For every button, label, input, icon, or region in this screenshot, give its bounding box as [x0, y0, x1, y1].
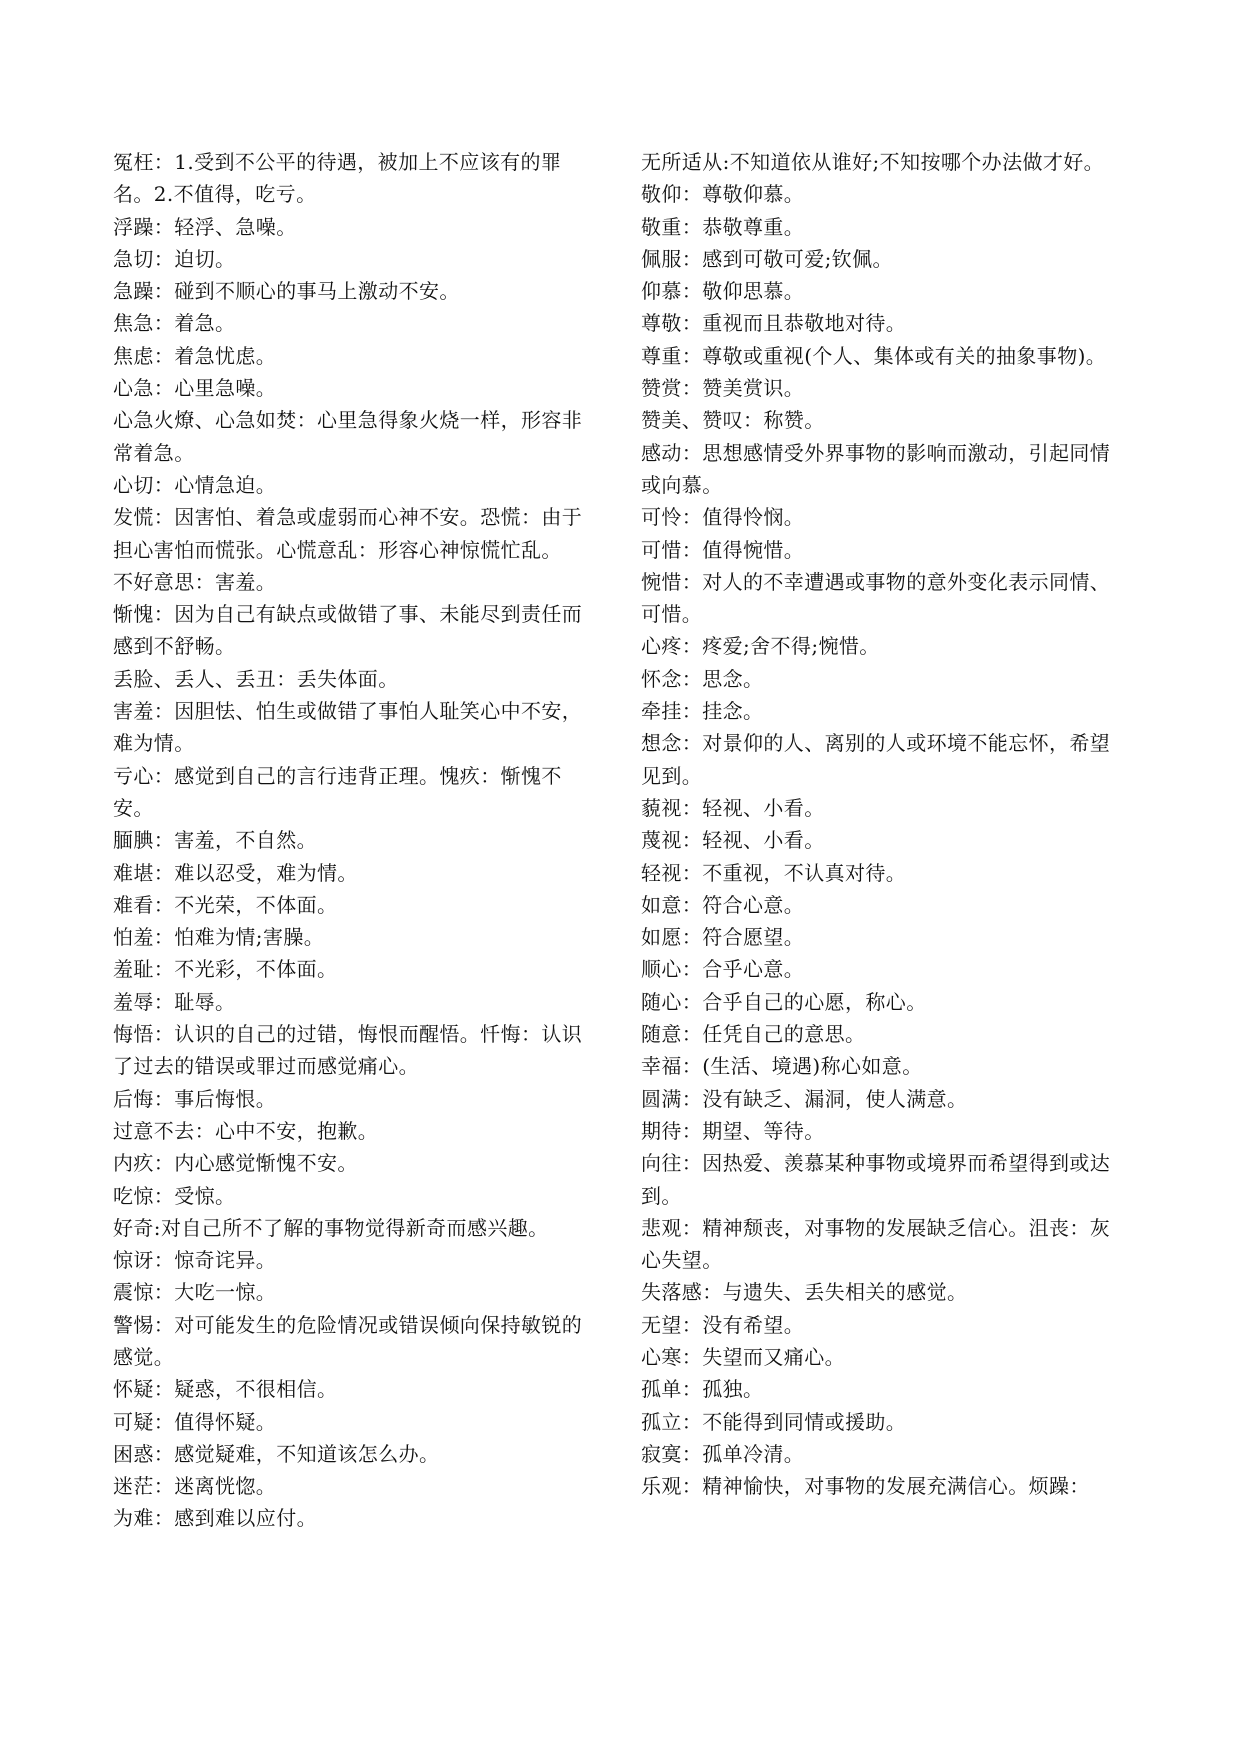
vocabulary-entry: 尊敬：重视而且恭敬地对待。 — [641, 307, 1129, 339]
vocabulary-entry: 急切：迫切。 — [113, 243, 601, 275]
vocabulary-entry: 警惕：对可能发生的危险情况或错误倾向保持敏锐的感觉。 — [113, 1309, 601, 1374]
right-column: 无所适从:不知道依从谁好;不知按哪个办法做才好。敬仰：尊敬仰慕。敬重：恭敬尊重。… — [641, 146, 1129, 1502]
vocabulary-entry: 为难：感到难以应付。 — [113, 1502, 601, 1534]
vocabulary-entry: 心寒：失望而又痛心。 — [641, 1341, 1129, 1373]
vocabulary-entry: 随意：任凭自己的意思。 — [641, 1018, 1129, 1050]
vocabulary-entry: 怀念：思念。 — [641, 663, 1129, 695]
vocabulary-entry: 无望：没有希望。 — [641, 1309, 1129, 1341]
vocabulary-entry: 惭愧：因为自己有缺点或做错了事、未能尽到责任而感到不舒畅。 — [113, 598, 601, 663]
vocabulary-entry: 迷茫：迷离恍惚。 — [113, 1470, 601, 1502]
vocabulary-entry: 佩服：感到可敬可爱;钦佩。 — [641, 243, 1129, 275]
vocabulary-entry: 悔悟：认识的自己的过错，悔恨而醒悟。忏悔：认识了过去的错误或罪过而感觉痛心。 — [113, 1018, 601, 1083]
vocabulary-entry: 怀疑：疑惑，不很相信。 — [113, 1373, 601, 1405]
vocabulary-entry: 想念：对景仰的人、离别的人或环境不能忘怀，希望见到。 — [641, 727, 1129, 792]
left-column: 冤枉：1.受到不公平的待遇，被加上不应该有的罪名。2.不值得，吃亏。浮躁：轻浮、… — [113, 146, 601, 1535]
vocabulary-entry: 后悔：事后悔恨。 — [113, 1083, 601, 1115]
vocabulary-entry: 羞辱：耻辱。 — [113, 986, 601, 1018]
vocabulary-entry: 急躁：碰到不顺心的事马上激动不安。 — [113, 275, 601, 307]
vocabulary-entry: 不好意思：害羞。 — [113, 566, 601, 598]
vocabulary-entry: 孤立：不能得到同情或援助。 — [641, 1406, 1129, 1438]
vocabulary-entry: 心急：心里急噪。 — [113, 372, 601, 404]
vocabulary-entry: 悲观：精神颓丧，对事物的发展缺乏信心。沮丧：灰心失望。 — [641, 1212, 1129, 1277]
vocabulary-entry: 寂寞：孤单冷清。 — [641, 1438, 1129, 1470]
vocabulary-entry: 亏心：感觉到自己的言行违背正理。愧疚：惭愧不安。 — [113, 760, 601, 825]
vocabulary-entry: 难看：不光荣，不体面。 — [113, 889, 601, 921]
vocabulary-entry: 心疼：疼爱;舍不得;惋惜。 — [641, 630, 1129, 662]
vocabulary-entry: 随心：合乎自己的心愿，称心。 — [641, 986, 1129, 1018]
vocabulary-entry: 可怜：值得怜悯。 — [641, 501, 1129, 533]
document-page: 冤枉：1.受到不公平的待遇，被加上不应该有的罪名。2.不值得，吃亏。浮躁：轻浮、… — [0, 0, 1240, 1753]
vocabulary-entry: 惋惜：对人的不幸遭遇或事物的意外变化表示同情、可惜。 — [641, 566, 1129, 631]
vocabulary-entry: 感动：思想感情受外界事物的影响而激动，引起同情或向慕。 — [641, 437, 1129, 502]
vocabulary-entry: 困惑：感觉疑难，不知道该怎么办。 — [113, 1438, 601, 1470]
vocabulary-entry: 浮躁：轻浮、急噪。 — [113, 211, 601, 243]
vocabulary-entry: 乐观：精神愉快，对事物的发展充满信心。烦躁： — [641, 1470, 1129, 1502]
vocabulary-entry: 震惊：大吃一惊。 — [113, 1276, 601, 1308]
vocabulary-entry: 可惜：值得惋惜。 — [641, 534, 1129, 566]
vocabulary-entry: 内疚：内心感觉惭愧不安。 — [113, 1147, 601, 1179]
vocabulary-entry: 难堪：难以忍受，难为情。 — [113, 857, 601, 889]
vocabulary-entry: 吃惊：受惊。 — [113, 1180, 601, 1212]
vocabulary-entry: 藐视：轻视、小看。 — [641, 792, 1129, 824]
vocabulary-entry: 幸福：(生活、境遇)称心如意。 — [641, 1050, 1129, 1082]
vocabulary-entry: 敬重：恭敬尊重。 — [641, 211, 1129, 243]
vocabulary-entry: 仰慕：敬仰思慕。 — [641, 275, 1129, 307]
vocabulary-entry: 过意不去：心中不安，抱歉。 — [113, 1115, 601, 1147]
vocabulary-entry: 如意：符合心意。 — [641, 889, 1129, 921]
vocabulary-entry: 失落感：与遗失、丢失相关的感觉。 — [641, 1276, 1129, 1308]
vocabulary-entry: 尊重：尊敬或重视(个人、集体或有关的抽象事物)。 — [641, 340, 1129, 372]
vocabulary-entry: 好奇:对自己所不了解的事物觉得新奇而感兴趣。 — [113, 1212, 601, 1244]
vocabulary-entry: 腼腆：害羞，不自然。 — [113, 824, 601, 856]
vocabulary-entry: 圆满：没有缺乏、漏洞，使人满意。 — [641, 1083, 1129, 1115]
vocabulary-entry: 牵挂：挂念。 — [641, 695, 1129, 727]
vocabulary-entry: 无所适从:不知道依从谁好;不知按哪个办法做才好。 — [641, 146, 1129, 178]
vocabulary-entry: 丢脸、丢人、丢丑：丢失体面。 — [113, 663, 601, 695]
vocabulary-entry: 轻视：不重视，不认真对待。 — [641, 857, 1129, 889]
vocabulary-entry: 向往：因热爱、羡慕某种事物或境界而希望得到或达到。 — [641, 1147, 1129, 1212]
vocabulary-entry: 蔑视：轻视、小看。 — [641, 824, 1129, 856]
vocabulary-entry: 怕羞：怕难为情;害臊。 — [113, 921, 601, 953]
vocabulary-entry: 孤单：孤独。 — [641, 1373, 1129, 1405]
vocabulary-entry: 可疑：值得怀疑。 — [113, 1406, 601, 1438]
vocabulary-entry: 顺心：合乎心意。 — [641, 953, 1129, 985]
vocabulary-entry: 期待：期望、等待。 — [641, 1115, 1129, 1147]
vocabulary-entry: 害羞：因胆怯、怕生或做错了事怕人耻笑心中不安，难为情。 — [113, 695, 601, 760]
vocabulary-entry: 赞美、赞叹：称赞。 — [641, 404, 1129, 436]
vocabulary-entry: 心急火燎、心急如焚：心里急得象火烧一样，形容非常着急。 — [113, 404, 601, 469]
vocabulary-entry: 羞耻：不光彩，不体面。 — [113, 953, 601, 985]
vocabulary-entry: 赞赏：赞美赏识。 — [641, 372, 1129, 404]
vocabulary-entry: 冤枉：1.受到不公平的待遇，被加上不应该有的罪名。2.不值得，吃亏。 — [113, 146, 601, 211]
vocabulary-entry: 心切：心情急迫。 — [113, 469, 601, 501]
vocabulary-entry: 焦虑：着急忧虑。 — [113, 340, 601, 372]
vocabulary-entry: 敬仰：尊敬仰慕。 — [641, 178, 1129, 210]
vocabulary-entry: 惊讶：惊奇诧异。 — [113, 1244, 601, 1276]
vocabulary-entry: 发慌：因害怕、着急或虚弱而心神不安。恐慌：由于担心害怕而慌张。心慌意乱：形容心神… — [113, 501, 601, 566]
vocabulary-entry: 如愿：符合愿望。 — [641, 921, 1129, 953]
vocabulary-entry: 焦急：着急。 — [113, 307, 601, 339]
